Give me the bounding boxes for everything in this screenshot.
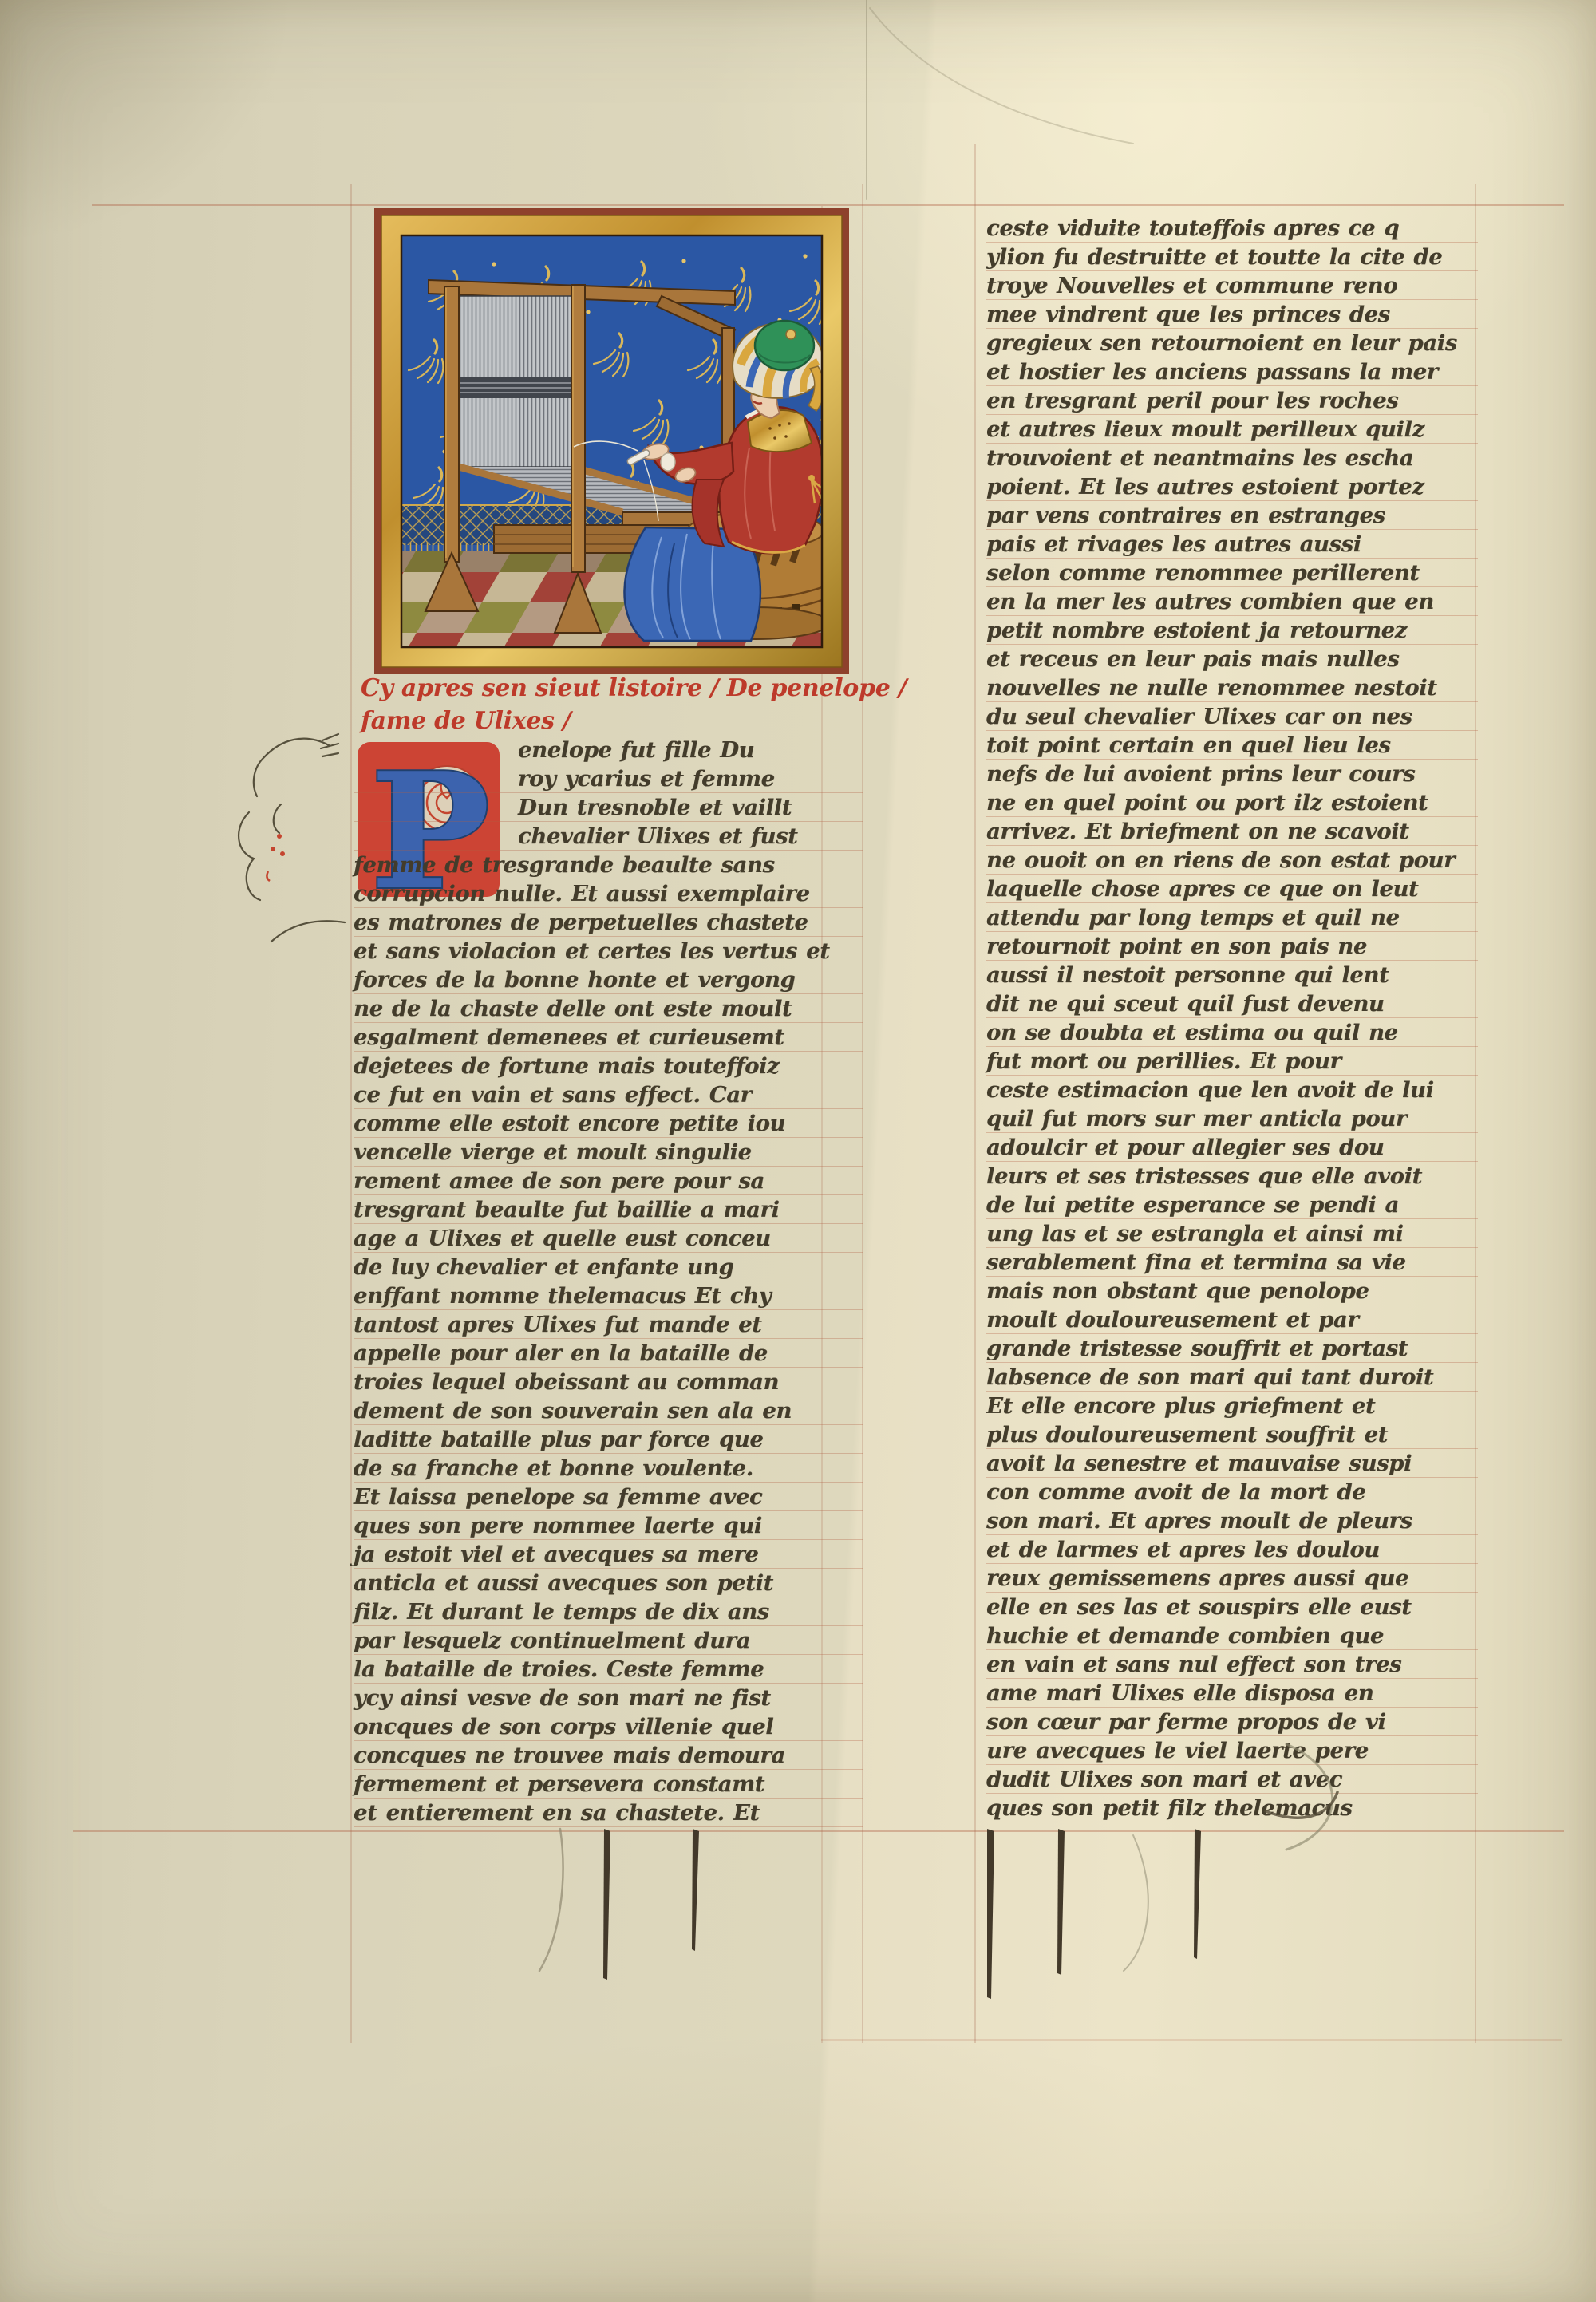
text-line: nefs de lui avoient prins leur cours <box>986 760 1478 788</box>
text-column-left: enelope fut fille Duroy ycarius et femme… <box>354 736 863 1827</box>
text-line: de sa franche et bonne voulente. <box>354 1454 863 1483</box>
text-line: enffant nomme thelemacus Et chy <box>354 1281 863 1310</box>
text-line: par lesquelz continuelment dura <box>354 1626 863 1655</box>
text-line: arrivez. Et briefment on ne scavoit <box>986 817 1478 846</box>
text-line: rement amee de son pere pour sa <box>354 1167 863 1195</box>
text-line: chevalier Ulixes et fust <box>354 822 863 851</box>
text-line: Dun tresnoble et vaillt <box>354 793 863 822</box>
text-line: vencelle vierge et moult singulie <box>354 1138 863 1167</box>
text-line: dudit Ulixes son mari et avec <box>986 1765 1478 1794</box>
ruling-line-top <box>92 204 1564 206</box>
text-line: et autres lieux moult perilleux quilz <box>986 415 1478 444</box>
text-line: ceste viduite touteffois apres ce q <box>986 214 1478 243</box>
text-line: anticla et aussi avecques son petit <box>354 1569 863 1597</box>
miniature-scene <box>373 208 850 674</box>
text-line: en tresgrant peril pour les roches <box>986 386 1478 415</box>
text-line: Et laissa penelope sa femme avec <box>354 1483 863 1511</box>
text-line: petit nombre estoient ja retournez <box>986 616 1478 645</box>
text-line: serablement fina et termina sa vie <box>986 1248 1478 1277</box>
text-line: fermement et persevera constamt <box>354 1770 863 1799</box>
text-line: huchie et demande combien que <box>986 1621 1478 1650</box>
text-line: ame mari Ulixes elle disposa en <box>986 1679 1478 1708</box>
text-line: elle en ses las et souspirs elle eust <box>986 1593 1478 1621</box>
text-line: plus douloureusement souffrit et <box>986 1420 1478 1449</box>
text-line: son mari. Et apres moult de pleurs <box>986 1506 1478 1535</box>
ruling-line-bottom <box>73 1830 1564 1832</box>
text-line: moult douloureusement et par <box>986 1305 1478 1334</box>
text-line: ques son petit filz thelemacus <box>986 1794 1478 1822</box>
text-line: retournoit point en son pais ne <box>986 932 1478 961</box>
text-line: mais non obstant que penolope <box>986 1277 1478 1305</box>
text-line: esgalment demenees et curieusemt <box>354 1023 863 1052</box>
text-line: aussi il nestoit personne qui lent <box>986 961 1478 989</box>
text-line: ques son pere nommee laerte qui <box>354 1511 863 1540</box>
text-line: et de larmes et apres les doulou <box>986 1535 1478 1564</box>
text-line: on se doubta et estima ou quil ne <box>986 1018 1478 1047</box>
text-line: roy ycarius et femme <box>354 764 863 793</box>
text-line: con comme avoit de la mort de <box>986 1478 1478 1506</box>
text-line: attendu par long temps et quil ne <box>986 903 1478 932</box>
text-line: dit ne qui sceut quil fust devenu <box>986 989 1478 1018</box>
text-line: adoulcir et pour allegier ses dou <box>986 1133 1478 1162</box>
text-line: oncques de son corps villenie quel <box>354 1712 863 1741</box>
text-line: tantost apres Ulixes fut mande et <box>354 1310 863 1339</box>
text-line: ceste estimacion que len avoit de lui <box>986 1076 1478 1104</box>
text-line: son cœur par ferme propos de vi <box>986 1708 1478 1736</box>
text-line: selon comme renommee perillerent <box>986 559 1478 587</box>
text-line: age a Ulixes et quelle eust conceu <box>354 1224 863 1253</box>
text-line: ne en quel point ou port ilz estoient <box>986 788 1478 817</box>
text-line: comme elle estoit encore petite iou <box>354 1109 863 1138</box>
text-line: quil fut mors sur mer anticla pour <box>986 1104 1478 1133</box>
text-line: laquelle chose apres ce que on leut <box>986 875 1478 903</box>
text-line: ja estoit viel et avecques sa mere <box>354 1540 863 1569</box>
text-line: corrupcion nulle. Et aussi exemplaire <box>354 879 863 908</box>
text-line: et receus en leur pais mais nulles <box>986 645 1478 673</box>
text-line: la bataille de troies. Ceste femme <box>354 1655 863 1684</box>
text-line: fut mort ou perillies. Et pour <box>986 1047 1478 1076</box>
text-line: toit point certain en quel lieu les <box>986 731 1478 760</box>
text-line: de luy chevalier et enfante ung <box>354 1253 863 1281</box>
text-line: laditte bataille plus par force que <box>354 1425 863 1454</box>
text-line: leurs et ses tristesses que elle avoit <box>986 1162 1478 1190</box>
text-line: Et elle encore plus griefment et <box>986 1392 1478 1420</box>
text-line: pais et rivages les autres aussi <box>986 530 1478 559</box>
text-line: avoit la senestre et mauvaise suspi <box>986 1449 1478 1478</box>
text-line: ure avecques le viel laerte pere <box>986 1736 1478 1765</box>
fold-crease <box>870 8 1133 144</box>
text-line: femme de tresgrande beaulte sans <box>354 851 863 879</box>
text-line: ycy ainsi vesve de son mari ne fist <box>354 1684 863 1712</box>
miniature-penelope-weaving <box>373 208 850 674</box>
text-line: tresgrant beaulte fut baillie a mari <box>354 1195 863 1224</box>
text-line: et entierement en sa chastete. Et <box>354 1799 863 1827</box>
text-column-right: ceste viduite touteffois apres ce qylion… <box>986 214 1478 1822</box>
penwork-flourish <box>239 734 345 942</box>
text-line: en vain et sans nul effect son tres <box>986 1650 1478 1679</box>
ruling-column-line <box>350 184 352 2043</box>
text-line: et sans violacion et certes les vertus e… <box>354 937 863 965</box>
ruling-line-lower-margin <box>821 2039 1562 2041</box>
text-line: gregieux sen retournoient en leur pais <box>986 329 1478 357</box>
text-line: par vens contraires en estranges <box>986 501 1478 530</box>
text-line: es matrones de perpetuelles chastete <box>354 908 863 937</box>
text-line: ung las et se estrangla et ainsi mi <box>986 1219 1478 1248</box>
text-line: labsence de son mari qui tant duroit <box>986 1363 1478 1392</box>
rubric-line-1: Cy apres sen sieut listoire / De penelop… <box>361 672 878 705</box>
ruling-column-line <box>974 144 976 2043</box>
text-line: ylion fu destruitte et toutte la cite de <box>986 243 1478 271</box>
text-line: en la mer les autres combien que en <box>986 587 1478 616</box>
text-line: forces de la bonne honte et vergong <box>354 965 863 994</box>
text-line: ne de la chaste delle ont este moult <box>354 994 863 1023</box>
text-line: grande tristesse souffrit et portast <box>986 1334 1478 1363</box>
text-line: ce fut en vain et sans effect. Car <box>354 1080 863 1109</box>
text-line: enelope fut fille Du <box>354 736 863 764</box>
text-line: troye Nouvelles et commune reno <box>986 271 1478 300</box>
text-line: troies lequel obeissant au comman <box>354 1368 863 1396</box>
text-line: concques ne trouvee mais demoura <box>354 1741 863 1770</box>
manuscript-page: Cy apres sen sieut listoire / De penelop… <box>0 0 1596 2302</box>
text-line: filz. Et durant le temps de dix ans <box>354 1597 863 1626</box>
text-line: reux gemissemens apres aussi que <box>986 1564 1478 1593</box>
text-line: trouvoient et neantmains les escha <box>986 444 1478 472</box>
text-line: dement de son souverain sen ala en <box>354 1396 863 1425</box>
text-line: dejetees de fortune mais touteffoiz <box>354 1052 863 1080</box>
text-line: appelle pour aler en la bataille de <box>354 1339 863 1368</box>
text-line: de lui petite esperance se pendi a <box>986 1190 1478 1219</box>
text-line: poient. Et les autres estoient portez <box>986 472 1478 501</box>
text-line: du seul chevalier Ulixes car on nes <box>986 702 1478 731</box>
text-line: nouvelles ne nulle renommee nestoit <box>986 673 1478 702</box>
text-line: ne ouoit on en riens de son estat pour <box>986 846 1478 875</box>
text-line: mee vindrent que les princes des <box>986 300 1478 329</box>
text-line: et hostier les anciens passans la mer <box>986 357 1478 386</box>
